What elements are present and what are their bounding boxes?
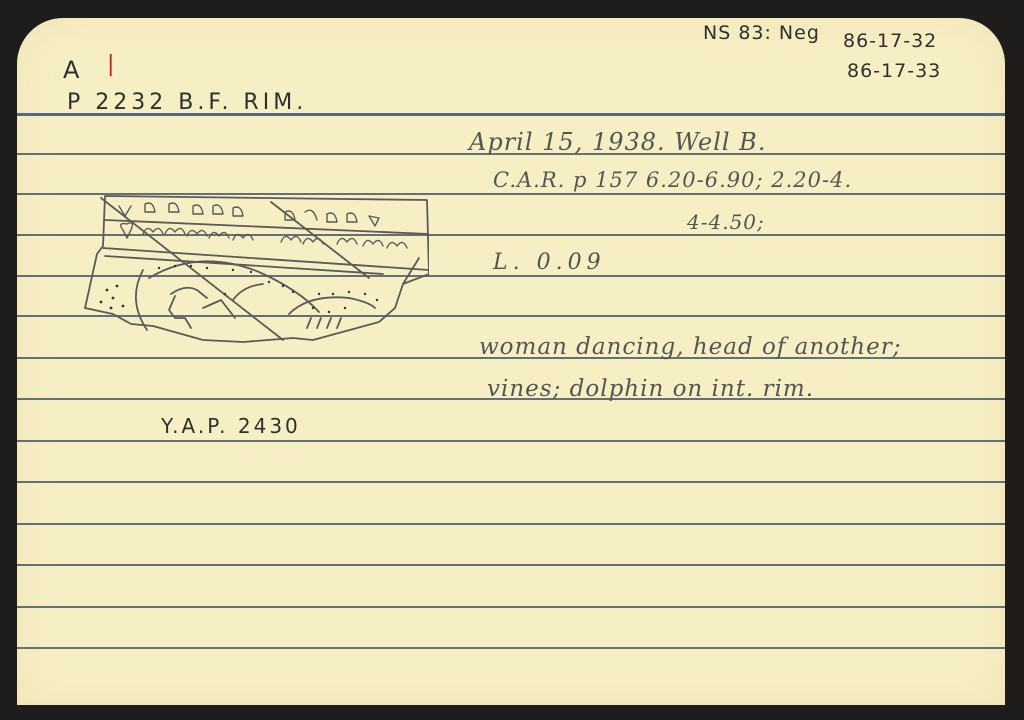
negative-ref-prefix: NS 83: Neg [703, 22, 820, 44]
reference-line-2: 4-4.50; [687, 210, 765, 234]
inventory-reference: Y.A.P. 2430 [161, 414, 301, 438]
ruled-line [17, 606, 1005, 608]
reference-line-1: C.A.R. p 157 6.20-6.90; 2.20-4. [493, 168, 852, 192]
negative-number-1: 86-17-32 [843, 30, 937, 52]
ruled-line [17, 647, 1005, 649]
ruled-line [17, 481, 1005, 483]
ruled-line [17, 564, 1005, 566]
date-location: April 15, 1938. Well B. [469, 128, 766, 156]
section-letter: A [63, 56, 83, 84]
description-line-2: vines; dolphin on int. rim. [487, 376, 814, 402]
ruled-line [17, 523, 1005, 525]
description-line-1: woman dancing, head of another; [479, 334, 901, 360]
negative-number-2: 86-17-33 [847, 60, 941, 82]
ruled-line [17, 440, 1005, 442]
red-tick-mark: | [107, 52, 114, 77]
sherd-sketch [83, 190, 429, 346]
length-measurement: L. 0.09 [493, 250, 606, 275]
catalog-number: P 2232 B.F. RIM. [67, 90, 307, 115]
index-card: A | P 2232 B.F. RIM. NS 83: Neg 86-17-32… [17, 18, 1005, 705]
